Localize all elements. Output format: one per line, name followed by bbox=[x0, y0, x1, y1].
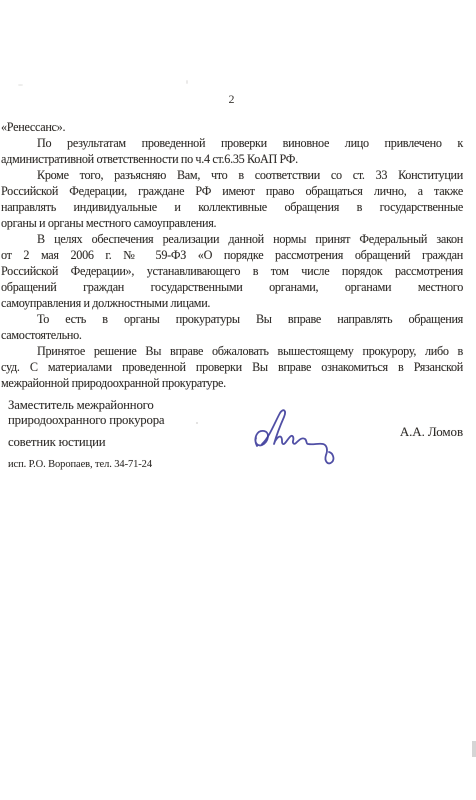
letter-line: межрайонной природоохранной прокуратуре. bbox=[1, 375, 463, 391]
page-number: 2 bbox=[0, 92, 463, 107]
scan-speck bbox=[18, 84, 23, 86]
letter-line: В целях обеспечения реализации данной но… bbox=[1, 231, 463, 247]
letter-line: самоуправления и должностными лицами. bbox=[1, 295, 463, 311]
letter-line: Российской Федерации», устанавливающего … bbox=[1, 263, 463, 279]
letter-paragraph: То есть в органы прокуратуры Вы вправе н… bbox=[1, 311, 463, 343]
scanned-letter-page: 2 «Ренессанс». По результатам проведенно… bbox=[0, 0, 476, 800]
letter-paragraph: Принятое решение Вы вправе обжаловать вы… bbox=[1, 343, 463, 391]
letter-paragraph: В целях обеспечения реализации данной но… bbox=[1, 231, 463, 311]
scan-speck bbox=[186, 80, 188, 84]
signer-position-title: природоохранного прокурора bbox=[8, 413, 164, 428]
letter-line: самостоятельно. bbox=[1, 327, 463, 343]
signature-stroke bbox=[262, 410, 333, 463]
letter-line: Принятое решение Вы вправе обжаловать вы… bbox=[1, 343, 463, 359]
letter-line: направлять индивидуальные и коллективные… bbox=[1, 199, 463, 215]
letter-line: административной ответственности по ч.4 … bbox=[1, 151, 463, 167]
letter-line: Кроме того, разъясняю Вам, что в соответ… bbox=[1, 167, 463, 183]
letter-paragraph: По результатам проведенной проверки вино… bbox=[1, 135, 463, 167]
executor-note: исп. Р.О. Воропаев, тел. 34-71-24 bbox=[8, 457, 164, 472]
scan-edge-artifact bbox=[472, 741, 476, 757]
letter-line: То есть в органы прокуратуры Вы вправе н… bbox=[1, 311, 463, 327]
signer-name: А.А. Ломов bbox=[400, 424, 463, 440]
letter-body: «Ренессанс». По результатам проведенной … bbox=[1, 119, 463, 391]
handwritten-signature-icon bbox=[247, 404, 342, 472]
letter-line: обращений граждан государственными орган… bbox=[1, 279, 463, 295]
letter-line: «Ренессанс». bbox=[1, 119, 463, 135]
letter-paragraph: «Ренессанс». bbox=[1, 119, 463, 135]
signature-block-left: Заместитель межрайонного природоохранног… bbox=[8, 398, 164, 472]
letter-line: суд. С материалами проведенной проверки … bbox=[1, 359, 463, 375]
letter-paragraph: Кроме того, разъясняю Вам, что в соответ… bbox=[1, 167, 463, 231]
signer-position-title: Заместитель межрайонного bbox=[8, 398, 164, 413]
scan-speck bbox=[196, 422, 198, 424]
letter-line: от 2 мая 2006 г. № 59-ФЗ «О порядке расс… bbox=[1, 247, 463, 263]
letter-line: По результатам проведенной проверки вино… bbox=[1, 135, 463, 151]
letter-line: органы и органы местного самоуправления. bbox=[1, 215, 463, 231]
signer-rank: советник юстиции bbox=[8, 435, 164, 450]
letter-line: Российской Федерации, граждане РФ имеют … bbox=[1, 183, 463, 199]
